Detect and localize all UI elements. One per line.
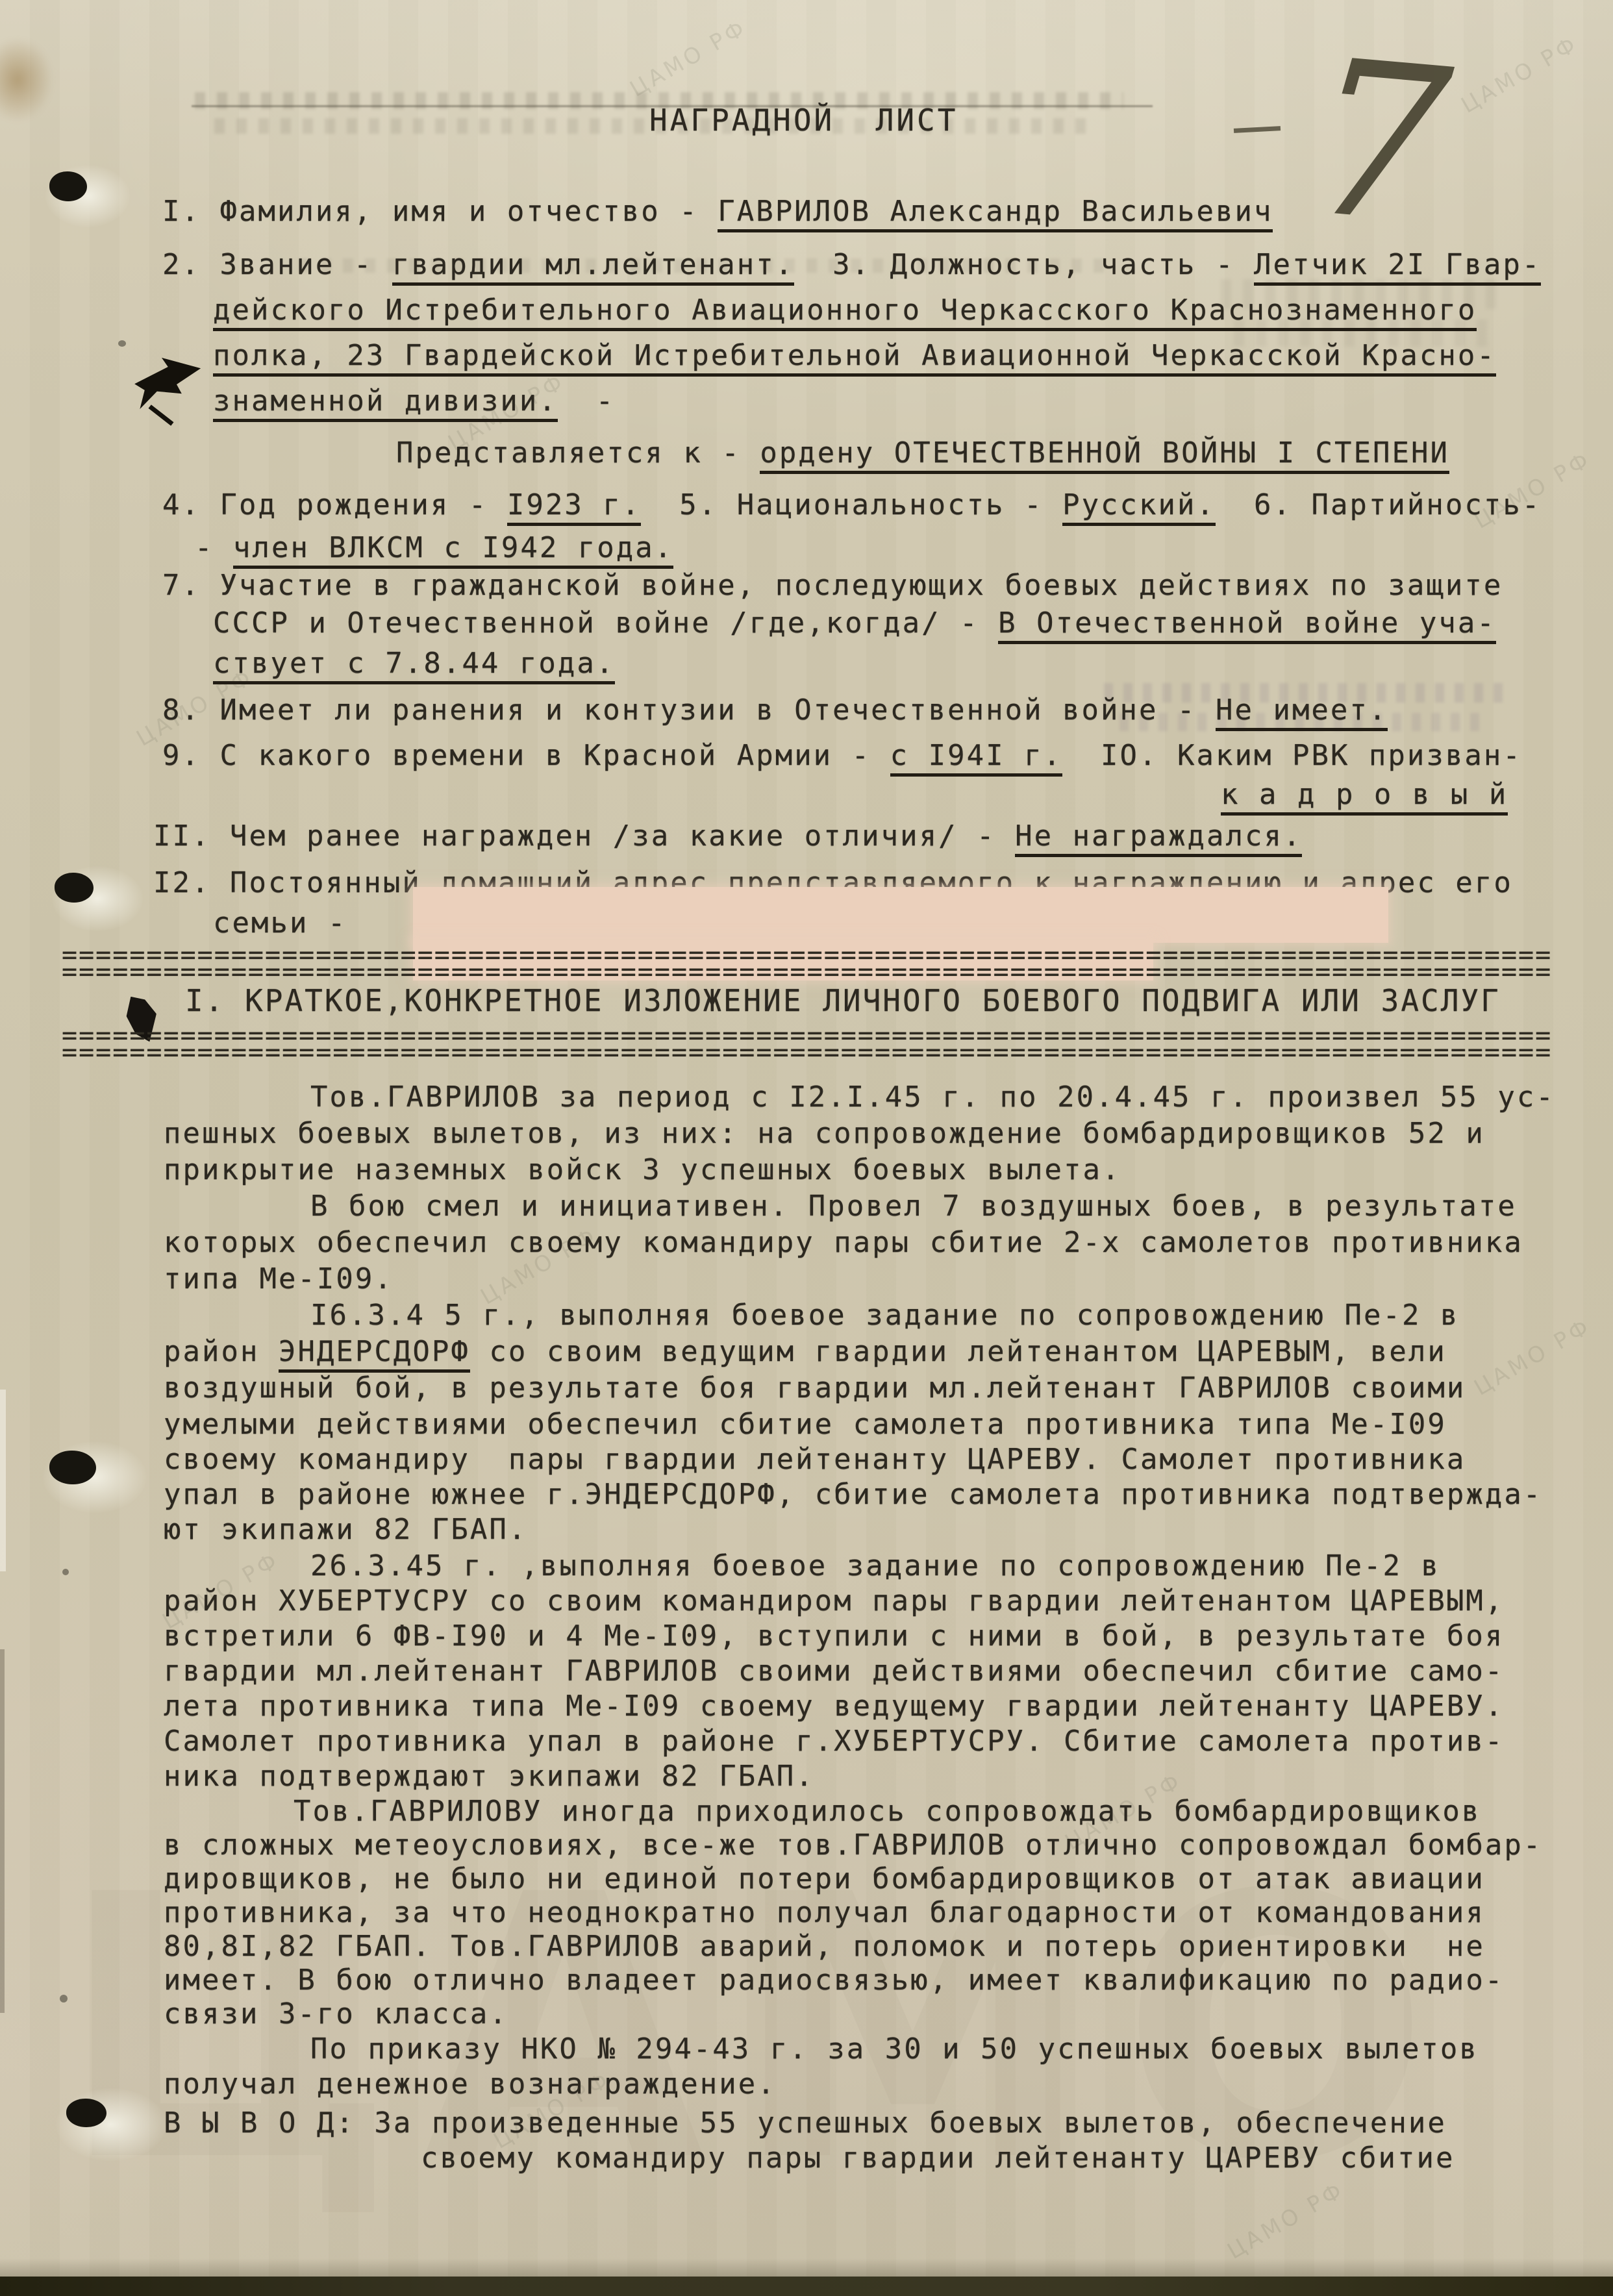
body-line: в сложных метеоусловиях, все-же тов.ГАВР… (164, 1828, 1542, 1862)
body-line-part: район (164, 1335, 279, 1368)
document-title: НАГРАДНОЙ ЛИСТ (649, 103, 958, 138)
punch-hole (66, 2099, 106, 2127)
item-6-value-line: - член ВЛКСМ с I942 года. (195, 531, 673, 564)
item-8-label: Имеет ли ранения и контузии в Отечествен… (219, 693, 1216, 727)
item-9-number: 9. (162, 739, 201, 772)
scan-edge-artifact (0, 1390, 6, 1571)
item-4-value: I923 г. (507, 488, 641, 526)
nomination-label: Представляется к - (396, 436, 760, 469)
body-line: гвардии мл.лейтенант ГАВРИЛОВ своими дей… (164, 1654, 1504, 1688)
conclusion-line-2: своему командиру пары гвардии лейтенанту… (421, 2141, 1455, 2175)
body-line: Самолет противника упал в районе г.ХУБЕР… (164, 1725, 1504, 1758)
ink-blot-arrow (149, 405, 174, 426)
item-4-label: Год рождения - (219, 488, 506, 521)
award-nomination-line: Представляется к - ордену ОТЕЧЕСТВЕННОЙ … (396, 436, 1449, 469)
item-3-cont-3: знаменной дивизии. - (213, 384, 615, 418)
body-line: получал денежное вознаграждение. (164, 2067, 777, 2101)
body-line: 80,8I,82 ГБАП. Тов.ГАВРИЛОВ аварий, поло… (164, 1930, 1485, 1963)
body-line: которых обеспечил своему командиру пары … (164, 1226, 1523, 1259)
punch-hole (55, 873, 94, 903)
body-line: район ХУБЕРТУСРУ со своим командиром пар… (164, 1584, 1504, 1617)
item-10-value: к а д р о в ы й (1221, 778, 1508, 816)
item-1-value: ГАВРИЛОВ Александр Васильевич (718, 195, 1273, 232)
item-6-value: член ВЛКСМ с I942 года. (233, 531, 673, 569)
body-line: 26.3.45 г. ,выполняя боевое задание по с… (310, 1549, 1440, 1582)
item-12-cont: семьи - (213, 906, 347, 940)
item-1-number: I. (162, 195, 201, 228)
body-line: ника подтверждают экипажи 82 ГБАП. (164, 1760, 815, 1793)
body-line: умелыми действиями обеспечил сбитие само… (164, 1408, 1447, 1441)
item-3-label: 3. Должность, часть - (794, 248, 1254, 281)
item-11-value: Не награждался. (1015, 819, 1302, 857)
scan-edge-shadow (0, 2258, 1613, 2277)
item-11-label: Чем ранее награжден /за какие отличия/ - (230, 819, 1015, 853)
handwritten-page-number: 7 (1301, 13, 1459, 273)
archive-watermark: ЦАМО РФ (1457, 31, 1582, 118)
separator-line: ========================================… (62, 1038, 1552, 1067)
item-5-label: 5. Национальность - (641, 488, 1062, 521)
body-line: В бою смел и инициативен. Провел 7 возду… (310, 1190, 1517, 1223)
body-line: пешных боевых вылетов, из них: на сопров… (164, 1117, 1485, 1150)
nomination-award-value: ордену ОТЕЧЕСТВЕННОЙ ВОЙНЫ I СТЕПЕНИ (760, 436, 1449, 474)
item-10-value-line: к а д р о в ы й (1221, 778, 1508, 811)
item-3-value-cont: знаменной дивизии. (213, 384, 558, 422)
item-3-cont-2: полка, 23 Гвардейской Истребительной Ави… (213, 339, 1496, 372)
body-line: Тов.ГАВРИЛОВУ иногда приходилось сопрово… (294, 1795, 1481, 1828)
body-line: связи 3-го класса. (164, 1997, 508, 2030)
item-8-value: Не имеет. (1216, 693, 1388, 731)
archive-watermark: ЦАМО РФ (1469, 1313, 1595, 1401)
item-4-line: 4. Год рождения - I923 г. 5. Национально… (162, 488, 1541, 521)
punch-hole (49, 1451, 96, 1484)
paper-speck (62, 1569, 69, 1575)
corner-stain (0, 38, 53, 122)
body-line: ют экипажи 82 ГБАП. (164, 1513, 527, 1546)
item-7-cont-2: ствует с 7.8.44 года. (213, 647, 615, 680)
item-1-line: I. Фамилия, имя и отчество - ГАВРИЛОВ Ал… (162, 195, 1273, 228)
body-line: типа Ме-I09. (164, 1262, 394, 1295)
item-2-rank-value: гвардии мл.лейтенант. (392, 248, 794, 286)
item-12-label-cont: семьи - (213, 906, 347, 940)
body-line: встретили 6 ФВ-I90 и 4 Ме-I09, вступили … (164, 1619, 1504, 1653)
item-7-cont-1: СССР и Отечественной войне /где,когда/ -… (213, 606, 1496, 640)
paper-speck (60, 1995, 68, 2003)
item-3-tail-dash: - (558, 384, 615, 418)
item-5-value: Русский. (1062, 488, 1216, 526)
item-6-dash: - (195, 531, 233, 564)
item-8-number: 8. (162, 693, 201, 727)
conclusion-label: В Ы В О Д: (164, 2106, 355, 2140)
body-line: район ЭНДЕРСДОРФ со своим ведущим гварди… (164, 1335, 1447, 1368)
item-3-value: Летчик 2I Гвар- (1254, 248, 1541, 286)
item-7-value-cont: ствует с 7.8.44 года. (213, 647, 615, 684)
scan-edge-artifact (0, 1649, 5, 2013)
section-heading: I. КРАТКОЕ,КОНКРЕТНОЕ ИЗЛОЖЕНИЕ ЛИЧНОГО … (185, 983, 1501, 1018)
body-line-underlined-place: ЭНДЕРСДОРФ (279, 1335, 470, 1373)
body-line: Тов.ГАВРИЛОВ за период с I2.I.45 г. по 2… (310, 1080, 1555, 1114)
item-3-value-cont: полка, 23 Гвардейской Истребительной Ави… (213, 339, 1496, 377)
item-7-label: Участие в гражданской войне, последующих… (219, 569, 1503, 602)
body-line: упал в районе южнее г.ЭНДЕРСДОРФ, сбитие… (164, 1478, 1542, 1511)
item-6-label: 6. Партийность- (1216, 488, 1541, 521)
handwritten-dash (1234, 126, 1281, 133)
item-7-value: В Отечественной войне уча- (998, 606, 1496, 644)
body-line: противника, за что неоднократно получал … (164, 1896, 1485, 1929)
item-10-label: IO. Каким РВК призван- (1062, 739, 1522, 772)
body-line: I6.3.4 5 г., выполняя боевое задание по … (310, 1299, 1459, 1332)
item-11-number: II. (153, 819, 210, 853)
item-1-label: Фамилия, имя и отчество - (219, 195, 718, 228)
item-9-label: С какого времени в Красной Армии - (219, 739, 890, 772)
item-7-line: 7. Участие в гражданской войне, последую… (162, 569, 1503, 602)
body-line: дировщиков, не было ни единой потери бом… (164, 1862, 1485, 1895)
body-line: лета противника типа Ме-I09 своему ведущ… (164, 1690, 1504, 1723)
body-line: прикрытие наземных войск 3 успешных боев… (164, 1153, 1121, 1186)
item-9-value: с I94I г. (890, 739, 1062, 777)
punch-hole-halo (56, 2088, 166, 2161)
body-line: По приказу НКО № 294-43 г. за 30 и 50 ус… (310, 2032, 1479, 2065)
item-2-number: 2. (162, 248, 201, 281)
item-12-number: I2. (153, 866, 210, 899)
award-sheet-scan: ЦАМО ЦАМО РФ ЦАМО РФ ЦАМО РФ ЦАМО РФ ЦАМ… (0, 0, 1613, 2296)
item-8-line: 8. Имеет ли ранения и контузии в Отечест… (162, 693, 1388, 727)
body-line: имеет. В бою отлично владеет радиосвязью… (164, 1964, 1504, 1997)
body-line-part: со своим ведущим гвардии лейтенантом ЦАР… (470, 1335, 1447, 1368)
scan-edge-strip (0, 2277, 1613, 2296)
item-9-line: 9. С какого времени в Красной Армии - с … (162, 739, 1522, 772)
item-7-number: 7. (162, 569, 201, 602)
conclusion-text: За произведенные 55 успешных боевых выле… (355, 2106, 1447, 2140)
item-7-label-cont: СССР и Отечественной войне /где,когда/ - (213, 606, 998, 640)
item-2-label: Звание - (219, 248, 392, 281)
item-2-line: 2. Звание - гвардии мл.лейтенант. 3. Дол… (162, 248, 1541, 281)
body-line: воздушный бой, в результате боя гвардии … (164, 1371, 1466, 1404)
item-3-cont-1: дейского Истребительного Авиационного Че… (213, 293, 1477, 327)
archive-watermark: ЦАМО РФ (625, 14, 751, 102)
item-3-value-cont: дейского Истребительного Авиационного Че… (213, 293, 1477, 331)
conclusion-line: В Ы В О Д: За произведенные 55 успешных … (164, 2106, 1447, 2140)
item-4-number: 4. (162, 488, 201, 521)
redaction-block (413, 887, 1388, 943)
body-line: своему командиру пары гвардии лейтенанту… (164, 1443, 1466, 1476)
item-11-line: II. Чем ранее награжден /за какие отличи… (153, 819, 1302, 853)
ink-blot-arrow (132, 354, 205, 421)
punch-hole (49, 171, 87, 201)
paper-speck (118, 340, 126, 347)
